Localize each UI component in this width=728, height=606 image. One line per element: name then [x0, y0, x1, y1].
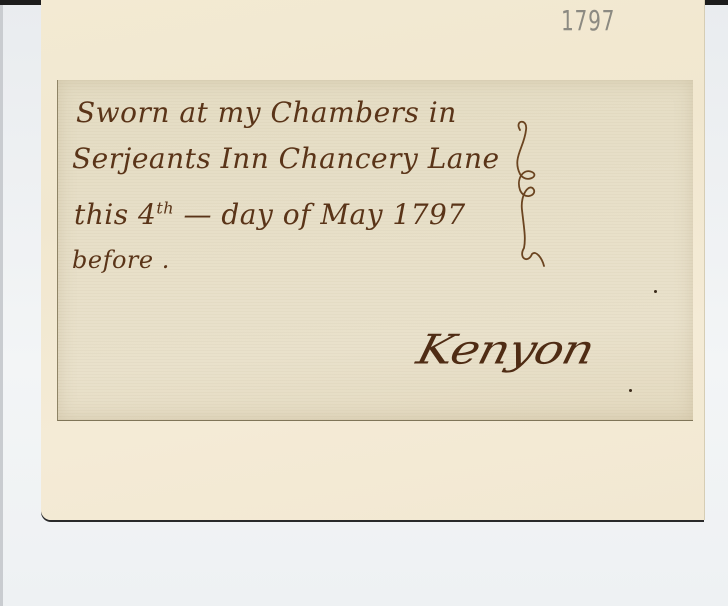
date-rest: — day of May 1797: [183, 198, 465, 231]
pencil-date-annotation: 1797: [561, 4, 615, 37]
ink-speck: [654, 290, 657, 293]
signature: Kenyon: [412, 326, 599, 374]
date-prefix: this 4: [74, 198, 156, 231]
scanner-edge-left: [0, 5, 3, 606]
flourish-bracket-icon: [506, 118, 546, 268]
document-scan: 1797 Sworn at my Chambers in Serjeants I…: [0, 0, 728, 606]
manuscript-slip: Sworn at my Chambers in Serjeants Inn Ch…: [57, 80, 693, 421]
text-line-sworn: Sworn at my Chambers in: [76, 96, 457, 129]
text-line-location: Serjeants Inn Chancery Lane: [72, 142, 500, 175]
ink-speck: [629, 389, 632, 392]
date-ordinal-suffix: th: [156, 199, 174, 218]
text-line-date: this 4th — day of May 1797: [74, 198, 466, 231]
text-line-before: before .: [72, 246, 170, 274]
